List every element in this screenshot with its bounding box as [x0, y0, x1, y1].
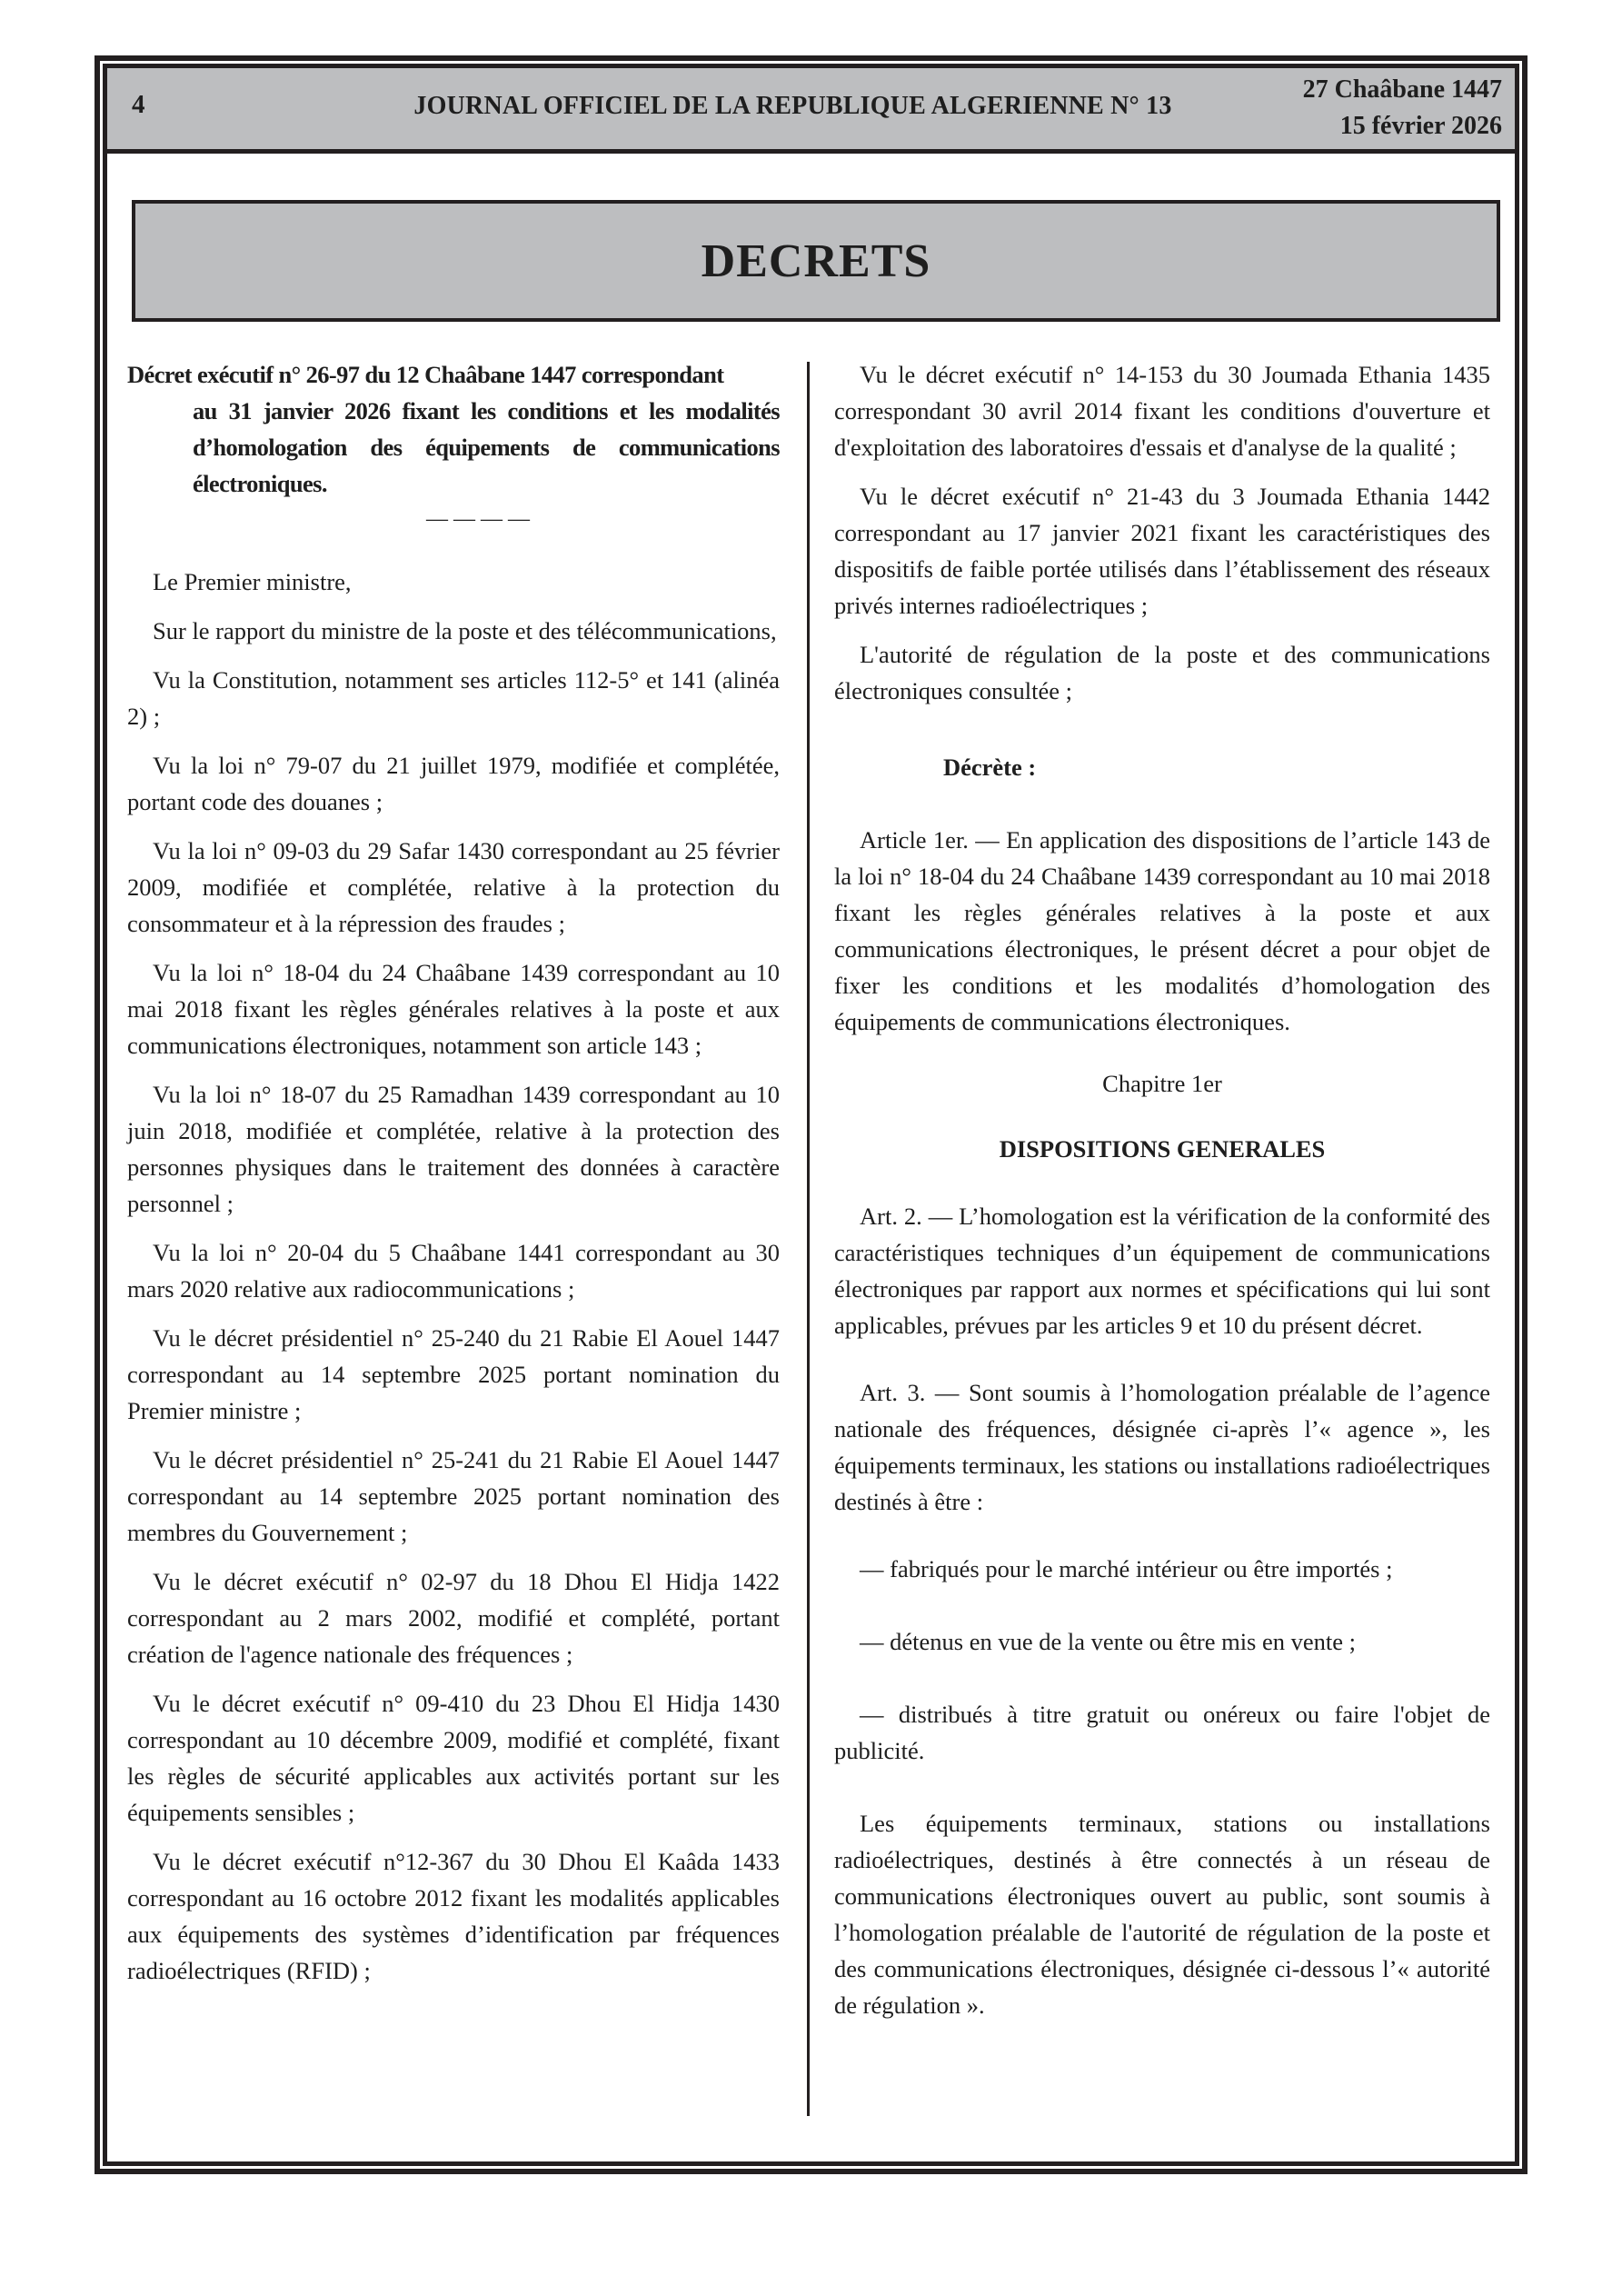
page-header: 4 JOURNAL OFFICIEL DE LA REPUBLIQUE ALGE…	[107, 68, 1515, 154]
decree-title-rest: au 31 janvier 2026 fixant les conditions…	[127, 393, 780, 502]
decrete-label: Décrète :	[943, 749, 1490, 785]
visa-paragraph: Vu le décret présidentiel n° 25-241 du 2…	[127, 1442, 780, 1551]
issue-date: 27 Chaâbane 1447 15 février 2026	[1303, 72, 1502, 145]
visa-paragraph: Vu la loi n° 79-07 du 21 juillet 1979, m…	[127, 747, 780, 820]
column-divider	[807, 362, 810, 2116]
article-3-item: — détenus en vue de la vente ou être mis…	[834, 1623, 1490, 1660]
article-3: Art. 3. — Sont soumis à l’homologation p…	[834, 1374, 1490, 1520]
visa-paragraph: Vu le décret exécutif n° 02-97 du 18 Dho…	[127, 1563, 780, 1672]
chapter-title: DISPOSITIONS GENERALES	[834, 1131, 1490, 1167]
article-3-item: — distribués à titre gratuit ou onéreux …	[834, 1696, 1490, 1769]
article-1: Article 1er. — En application des dispos…	[834, 822, 1490, 1040]
consultation-paragraph: L'autorité de régulation de la poste et …	[834, 636, 1490, 709]
visa-paragraph: Vu la loi n° 09-03 du 29 Safar 1430 corr…	[127, 833, 780, 942]
title-separator: ————	[127, 505, 780, 533]
visa-paragraph: Vu la Constitution, notamment ses articl…	[127, 662, 780, 734]
visa-paragraph: Vu la loi n° 18-04 du 24 Chaâbane 1439 c…	[127, 954, 780, 1063]
right-column: Vu le décret exécutif n° 14-153 du 30 Jo…	[834, 356, 1490, 2036]
visa-paragraph: Vu le décret présidentiel n° 25-240 du 2…	[127, 1320, 780, 1429]
visa-paragraph: Vu la loi n° 20-04 du 5 Chaâbane 1441 co…	[127, 1234, 780, 1307]
visa-paragraph: Vu le décret exécutif n° 09-410 du 23 Dh…	[127, 1685, 780, 1831]
visa-paragraph: Vu la loi n° 18-07 du 25 Ramadhan 1439 c…	[127, 1076, 780, 1222]
chapter-label: Chapitre 1er	[834, 1065, 1490, 1102]
visa-paragraph: Vu le décret exécutif n° 14-153 du 30 Jo…	[834, 356, 1490, 465]
article-3-final-paragraph: Les équipements terminaux, stations ou i…	[834, 1805, 1490, 2023]
preamble-paragraph: Sur le rapport du ministre de la poste e…	[127, 613, 780, 649]
section-title: DECRETS	[702, 235, 931, 288]
issue-date-hijri: 27 Chaâbane 1447	[1303, 72, 1502, 108]
visa-paragraph: Vu le décret exécutif n°12-367 du 30 Dho…	[127, 1843, 780, 1989]
article-3-item: — fabriqués pour le marché intérieur ou …	[834, 1551, 1490, 1587]
decree-title-first-line: Décret exécutif n° 26-97 du 12 Chaâbane …	[127, 356, 780, 393]
decree-title: Décret exécutif n° 26-97 du 12 Chaâbane …	[127, 356, 780, 502]
preamble-paragraph: Le Premier ministre,	[127, 564, 780, 600]
section-heading-box: DECRETS	[132, 200, 1500, 322]
visa-paragraph: Vu le décret exécutif n° 21-43 du 3 Joum…	[834, 478, 1490, 624]
left-column: Décret exécutif n° 26-97 du 12 Chaâbane …	[127, 356, 780, 2002]
article-2: Art. 2. — L’homologation est la vérifica…	[834, 1198, 1490, 1343]
issue-date-gregorian: 15 février 2026	[1303, 108, 1502, 145]
